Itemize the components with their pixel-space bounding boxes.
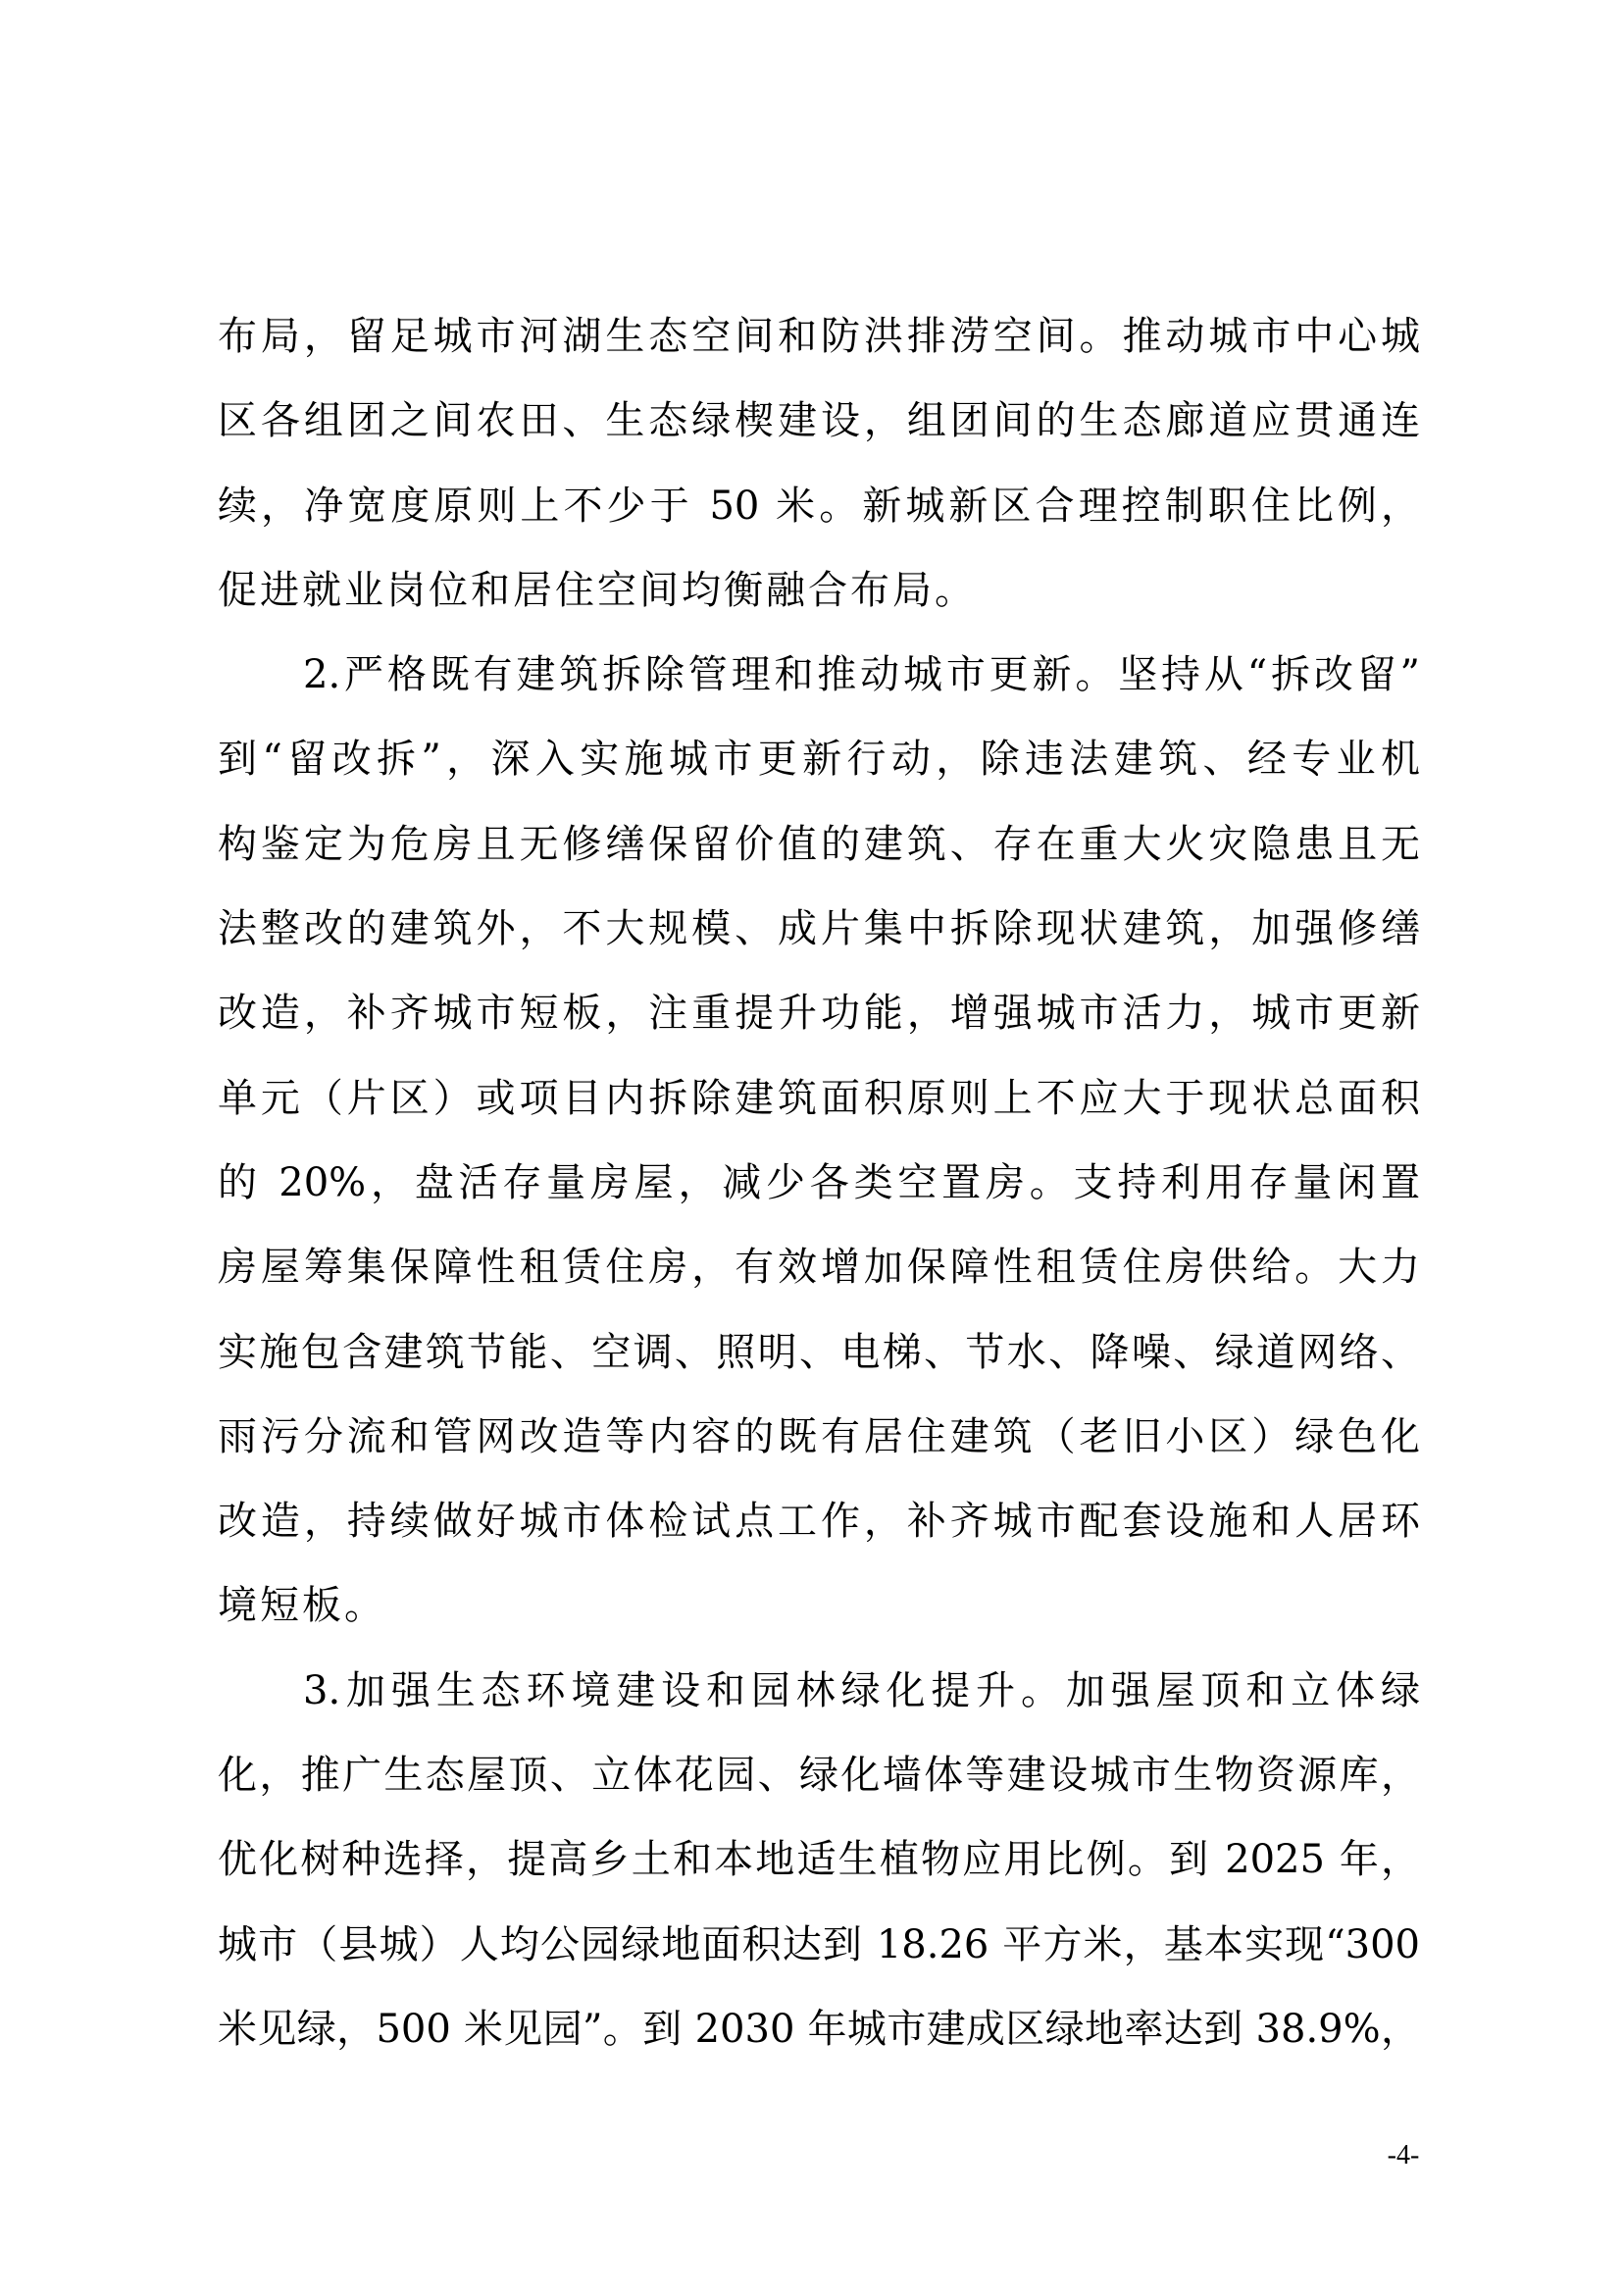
text-line: 化，推广生态屋顶、立体花园、绿化墙体等建设城市生物资源库， (218, 1739, 1420, 1823)
text-line: 改造，持续做好城市体检试点工作，补齐城市配套设施和人居环 (218, 1485, 1420, 1569)
text-line: 境短板。 (218, 1569, 1420, 1654)
text-line: 雨污分流和管网改造等内容的既有居住建筑（老旧小区）绿色化 (218, 1401, 1420, 1485)
document-page: 布局，留足城市河湖生态空间和防洪排涝空间。推动城市中心城 区各组团之间农田、生态… (0, 0, 1623, 2296)
text-line: 到“留改拆”，深入实施城市更新行动，除违法建筑、经专业机 (218, 723, 1420, 807)
body-text: 布局，留足城市河湖生态空间和防洪排涝空间。推动城市中心城 区各组团之间农田、生态… (218, 300, 1420, 2077)
text-line: 城市（县城）人均公园绿地面积达到 18.26 平方米，基本实现“300 (218, 1909, 1420, 1993)
text-line: 实施包含建筑节能、空调、照明、电梯、节水、降噪、绿道网络、 (218, 1316, 1420, 1401)
text-line: 米见绿，500 米见园”。到 2030 年城市建成区绿地率达到 38.9%， (218, 1993, 1420, 2077)
text-line: 的 20%，盘活存量房屋，减少各类空置房。支持利用存量闲置 (218, 1147, 1420, 1231)
text-line: 布局，留足城市河湖生态空间和防洪排涝空间。推动城市中心城 (218, 300, 1420, 384)
text-line: 续，净宽度原则上不少于 50 米。新城新区合理控制职住比例， (218, 470, 1420, 554)
text-line: 区各组团之间农田、生态绿楔建设，组团间的生态廊道应贯通连 (218, 384, 1420, 469)
page-number: -4- (1379, 2140, 1428, 2171)
text-line: 构鉴定为危房且无修缮保留价值的建筑、存在重大火灾隐患且无 (218, 808, 1420, 893)
text-line: 单元（片区）或项目内拆除建筑面积原则上不应大于现状总面积 (218, 1062, 1420, 1147)
section-heading-line: 2.严格既有建筑拆除管理和推动城市更新。坚持从“拆改留” (218, 638, 1420, 723)
text-line: 房屋筹集保障性租赁住房，有效增加保障性租赁住房供给。大力 (218, 1231, 1420, 1315)
text-line: 改造，补齐城市短板，注重提升功能，增强城市活力，城市更新 (218, 977, 1420, 1061)
text-line: 法整改的建筑外，不大规模、成片集中拆除现状建筑，加强修缮 (218, 893, 1420, 977)
text-line: 促进就业岗位和居住空间均衡融合布局。 (218, 554, 1420, 638)
section-heading-line: 3.加强生态环境建设和园林绿化提升。加强屋顶和立体绿 (218, 1655, 1420, 1739)
text-line: 优化树种选择，提高乡土和本地适生植物应用比例。到 2025 年， (218, 1823, 1420, 1908)
